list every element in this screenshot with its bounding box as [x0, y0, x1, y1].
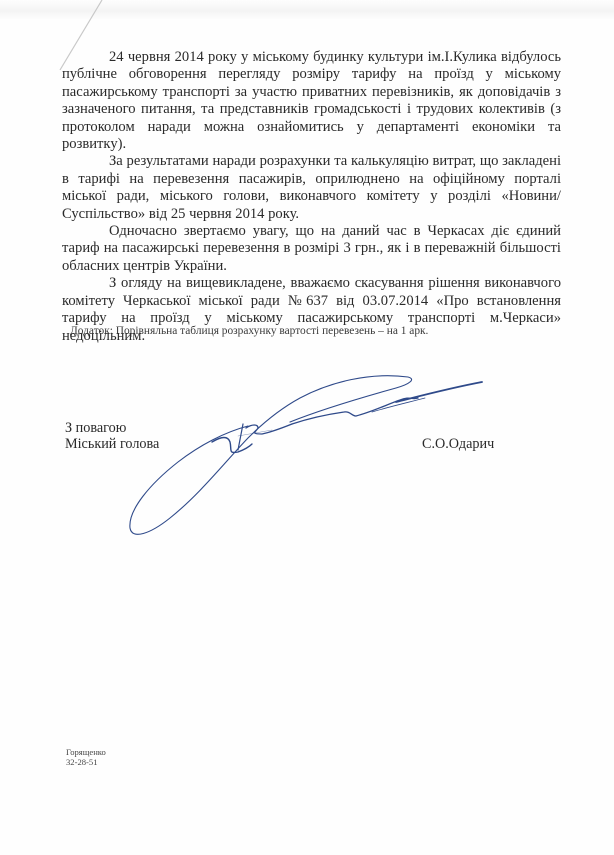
executor-info: Горященко 32-28-51 [66, 747, 106, 767]
attachment-note: Додаток: Порівняльна таблиця розрахунку … [70, 324, 490, 338]
executor-name: Горященко [66, 747, 106, 757]
executor-phone: 32-28-51 [66, 757, 106, 767]
paragraph-calculations: За результатами наради розрахунки та кал… [62, 153, 561, 223]
document-page: 24 червня 2014 року у міському будинку к… [0, 0, 614, 855]
paragraph-current-tariff: Одночасно звертаємо увагу, що на даний ч… [62, 223, 561, 275]
signatory-name: С.О.Одарич [422, 436, 494, 452]
letter-body: 24 червня 2014 року у міському будинку к… [62, 49, 561, 345]
signatory-position: Міський голова [65, 436, 159, 452]
closing-block: З повагою Міський голова [65, 420, 159, 452]
paragraph-public-discussion: 24 червня 2014 року у міському будинку к… [62, 49, 561, 153]
salutation: З повагою [65, 420, 159, 436]
